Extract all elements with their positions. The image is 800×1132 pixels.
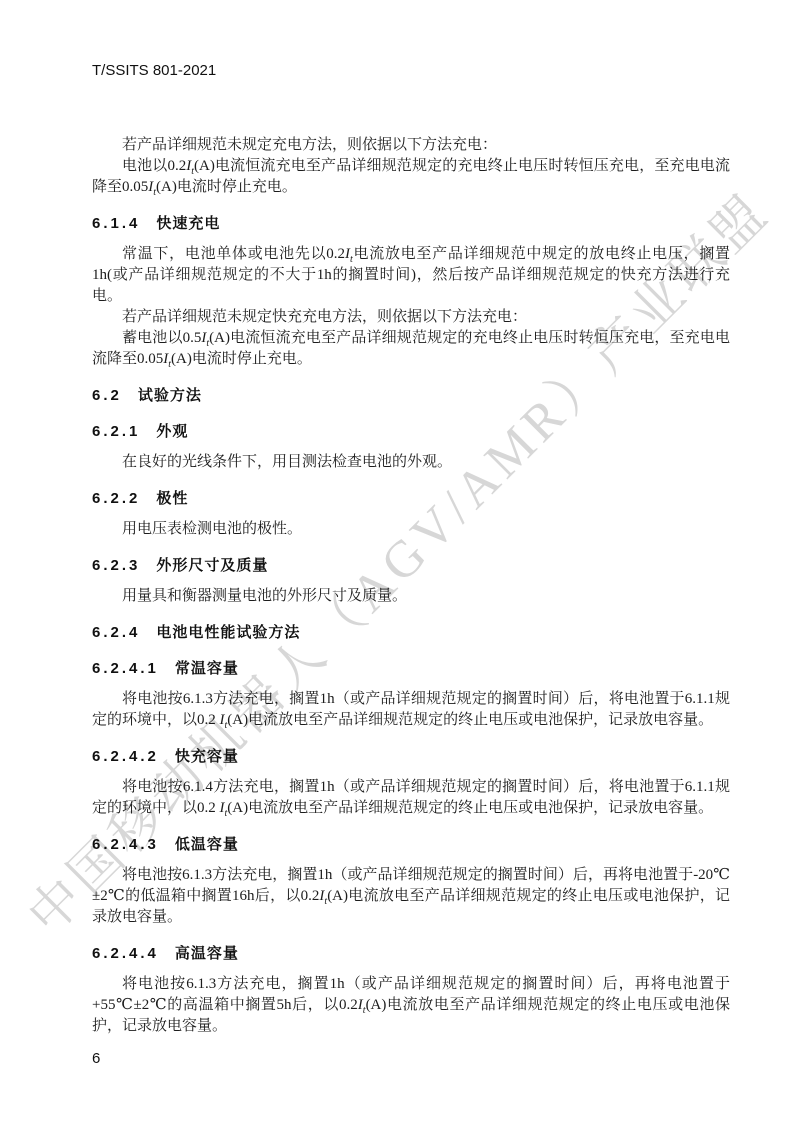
section-number: 6.2.4.1 [92, 660, 159, 677]
paragraph: 用电压表检测电池的极性。 [92, 519, 730, 540]
section-number: 6.2.1 [92, 423, 140, 440]
paragraph: 将电池按6.1.3方法充电，搁置1h（或产品详细规范规定的搁置时间）后，再将电池… [92, 865, 730, 928]
section-title: 极性 [156, 490, 188, 507]
section-heading-6-2-4: 6.2.4电池电性能试验方法 [92, 622, 730, 643]
section-title: 电池电性能试验方法 [156, 624, 300, 641]
paragraph: 用量具和衡器测量电池的外形尺寸及质量。 [92, 586, 730, 607]
section-number: 6.2.4.2 [92, 748, 159, 765]
document-page: 中国移动机器人（AGV/AMR）产业联盟 T/SSITS 801-2021 若产… [0, 0, 800, 1132]
section-title: 快速充电 [156, 215, 220, 232]
section-title: 常温容量 [175, 660, 239, 677]
section-heading-6-2-4-1: 6.2.4.1常温容量 [92, 658, 730, 679]
section-title: 外形尺寸及质量 [156, 557, 268, 574]
section-title: 快充容量 [175, 748, 239, 765]
paragraph: 常温下，电池单体或电池先以0.2It电流放电至产品详细规范中规定的放电终止电压，… [92, 244, 730, 307]
paragraph: 若产品详细规范未规定充电方法，则依据以下方法充电： [92, 135, 730, 156]
paragraph: 电池以0.2It(A)电流恒流充电至产品详细规范规定的充电终止电压时转恒压充电，… [92, 156, 730, 198]
paragraph: 若产品详细规范未规定快充充电方法，则依据以下方法充电： [92, 307, 730, 328]
section-heading-6-2-4-4: 6.2.4.4高温容量 [92, 943, 730, 964]
section-number: 6.2.2 [92, 490, 140, 507]
section-title: 试验方法 [138, 387, 202, 404]
section-number: 6.1.4 [92, 215, 140, 232]
section-title: 低温容量 [175, 836, 239, 853]
paragraph: 在良好的光线条件下，用目测法检查电池的外观。 [92, 452, 730, 473]
section-heading-6-2: 6.2试验方法 [92, 385, 730, 406]
section-title: 外观 [156, 423, 188, 440]
section-number: 6.2.4 [92, 624, 140, 641]
section-number: 6.2.4.4 [92, 945, 159, 962]
section-heading-6-2-3: 6.2.3外形尺寸及质量 [92, 555, 730, 576]
section-heading-6-1-4: 6.1.4快速充电 [92, 213, 730, 234]
section-heading-6-2-4-2: 6.2.4.2快充容量 [92, 746, 730, 767]
paragraph: 将电池按6.1.3方法充电，搁置1h（或产品详细规范规定的搁置时间）后，再将电池… [92, 974, 730, 1037]
section-heading-6-2-2: 6.2.2极性 [92, 488, 730, 509]
section-heading-6-2-1: 6.2.1外观 [92, 421, 730, 442]
document-header-standard-number: T/SSITS 801-2021 [92, 62, 216, 79]
section-heading-6-2-4-3: 6.2.4.3低温容量 [92, 834, 730, 855]
section-number: 6.2 [92, 387, 122, 404]
page-number: 6 [92, 1050, 100, 1067]
paragraph: 将电池按6.1.3方法充电，搁置1h（或产品详细规范规定的搁置时间）后，将电池置… [92, 689, 730, 731]
section-title: 高温容量 [175, 945, 239, 962]
section-number: 6.2.3 [92, 557, 140, 574]
section-number: 6.2.4.3 [92, 836, 159, 853]
document-body: 若产品详细规范未规定充电方法，则依据以下方法充电： 电池以0.2It(A)电流恒… [92, 135, 730, 1037]
paragraph: 将电池按6.1.4方法充电，搁置1h（或产品详细规范规定的搁置时间）后，将电池置… [92, 777, 730, 819]
paragraph: 蓄电池以0.5It(A)电流恒流充电至产品详细规范规定的充电终止电压时转恒压充电… [92, 328, 730, 370]
